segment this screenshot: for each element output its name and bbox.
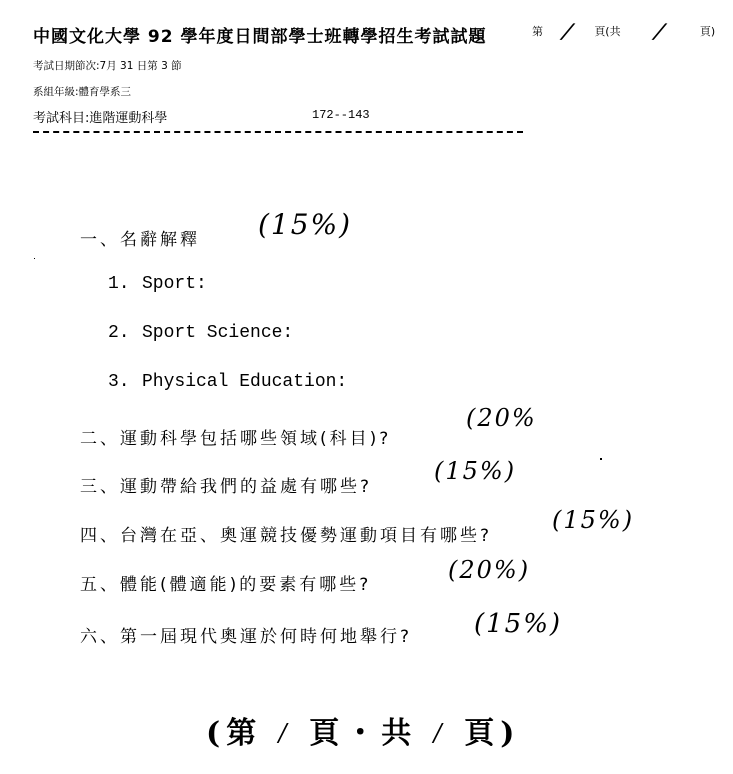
question-3-score: (15%) [434, 457, 516, 485]
footer-middle: 頁・共 [309, 716, 417, 751]
page-footer: (第 / 頁・共 / 頁) [206, 708, 520, 752]
exam-code: 172--143 [312, 108, 370, 122]
footer-open: (第 [206, 716, 262, 751]
question-1-score: (15%) [258, 208, 352, 241]
footer-close: 頁) [464, 716, 520, 751]
sub-item-1-text: Sport: [142, 274, 207, 294]
sub-item-1: 1.Sport: [108, 274, 207, 294]
handwritten-current-page: / [560, 19, 575, 43]
footer-handwritten-total-pages: / [434, 719, 448, 747]
question-3: 三、運動帶給我們的益處有哪些? [80, 472, 372, 497]
scan-speck [600, 458, 602, 460]
question-4-label: 四、台灣在亞、奧運競技優勢運動項目有哪些? [80, 526, 492, 546]
sub-item-2: 2.Sport Science: [108, 323, 293, 343]
page-indicator: 第/頁(共/頁) [532, 16, 715, 40]
sub-item-2-number: 2. [108, 323, 142, 343]
header-divider [33, 131, 523, 133]
page-prefix: 第 [532, 25, 543, 38]
question-3-label: 三、運動帶給我們的益處有哪些? [80, 477, 372, 497]
question-1: 一、名辭解釋 [80, 225, 200, 250]
scan-speck [34, 258, 35, 259]
question-5: 五、體能(體適能)的要素有哪些? [80, 570, 371, 595]
sub-item-3-number: 3. [108, 372, 142, 392]
exam-title: 中國文化大學 92 學年度日間部學士班轉學招生考試試題 [33, 22, 487, 47]
exam-date: 考試日期節次:7月 31 日第 3 節 [33, 58, 182, 73]
handwritten-total-pages: / [652, 19, 667, 43]
question-4-score: (15%) [552, 506, 634, 534]
question-6-label: 六、第一屆現代奧運於何時何地舉行? [80, 627, 412, 647]
question-1-label: 一、名辭解釋 [80, 230, 200, 250]
footer-handwritten-current-page: / [279, 719, 293, 747]
question-2-score: (20% [466, 404, 537, 432]
page-suffix: 頁) [700, 25, 715, 38]
sub-item-3-text: Physical Education: [142, 372, 347, 392]
page-middle: 頁(共 [594, 25, 620, 38]
question-2-label: 二、運動科學包括哪些領域(科目)? [80, 429, 391, 449]
question-4: 四、台灣在亞、奧運競技優勢運動項目有哪些? [80, 521, 492, 546]
sub-item-2-text: Sport Science: [142, 323, 293, 343]
question-5-score: (20%) [448, 556, 530, 584]
question-6-score: (15%) [474, 609, 562, 639]
question-2: 二、運動科學包括哪些領域(科目)? [80, 424, 391, 449]
question-5-label: 五、體能(體適能)的要素有哪些? [80, 575, 371, 595]
question-6: 六、第一屆現代奧運於何時何地舉行? [80, 622, 412, 647]
exam-subject: 考試科目:進階運動科學 [33, 107, 167, 126]
department: 系組年級:體育學系三 [33, 84, 131, 99]
sub-item-3: 3.Physical Education: [108, 372, 347, 392]
sub-item-1-number: 1. [108, 274, 142, 294]
